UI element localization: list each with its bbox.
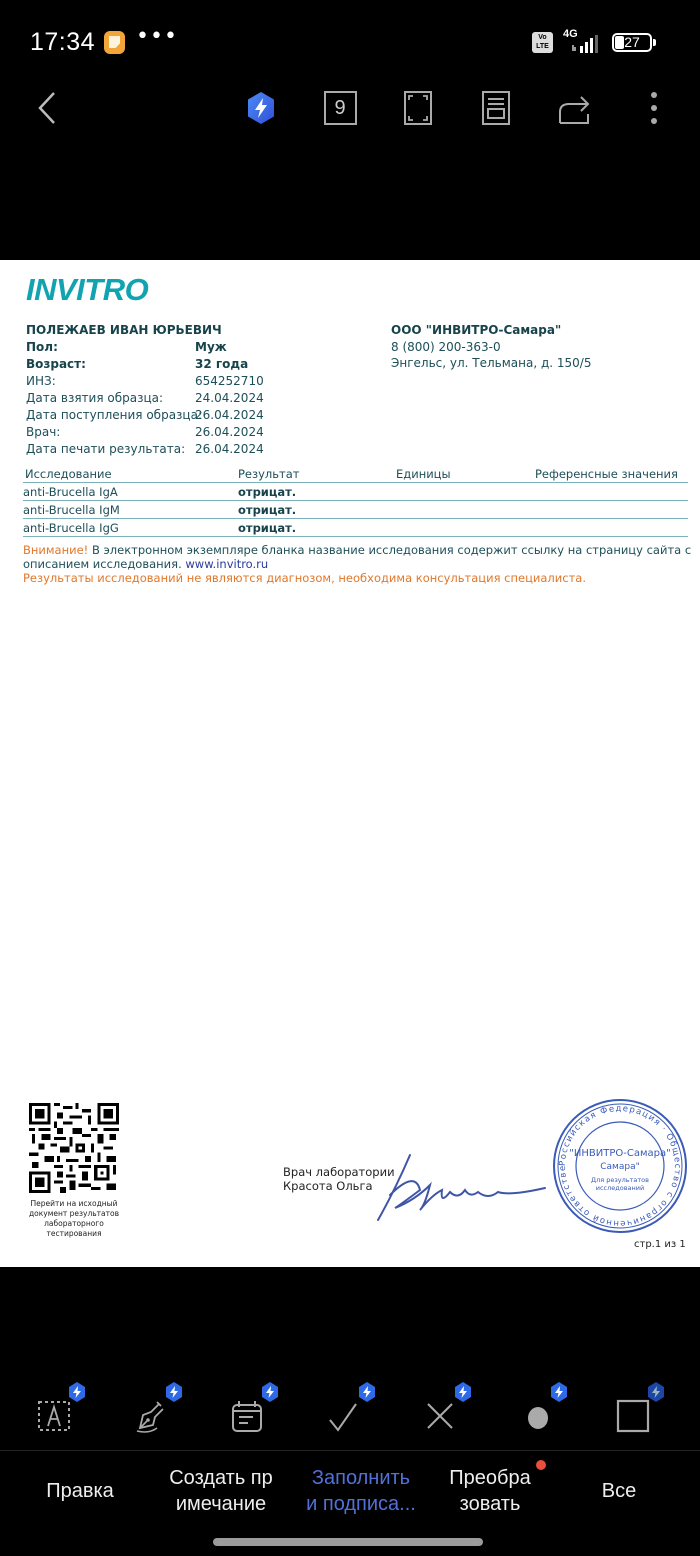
signature-tool[interactable] xyxy=(121,1378,181,1442)
lab-seal-stamp: Российская Федерация · Общество с ограни… xyxy=(552,1098,688,1234)
field-value: 26.04.2024 xyxy=(195,407,264,424)
disclaimer: Результаты исследований не являются диаг… xyxy=(23,571,693,585)
invitro-logo: INVITRO xyxy=(26,272,148,308)
text-box-icon xyxy=(36,1398,72,1434)
test-name-link[interactable]: anti-Brucella IgA xyxy=(23,483,118,501)
ai-badge-icon xyxy=(358,1382,376,1402)
ai-assistant-button[interactable] xyxy=(243,80,279,136)
back-icon xyxy=(37,91,57,125)
status-bar: 17:34 ••• VoLTE 4G 27 xyxy=(0,0,700,85)
viewer-toolbar: 9 xyxy=(0,80,700,136)
back-button[interactable] xyxy=(30,80,64,136)
test-name-link[interactable]: anti-Brucella IgM xyxy=(23,501,120,519)
warning-text: В электронном экземпляре бланка название… xyxy=(23,543,691,571)
table-header: Исследование Результат Единицы Референсн… xyxy=(23,465,688,483)
battery-level: 27 xyxy=(624,34,640,50)
toolbar-divider xyxy=(0,1450,700,1451)
ai-badge-icon xyxy=(165,1382,183,1402)
calendar-icon xyxy=(229,1398,265,1434)
dot-tool[interactable] xyxy=(506,1378,566,1442)
results-table: Исследование Результат Единицы Референсн… xyxy=(23,465,688,537)
field-value: 24.04.2024 xyxy=(195,390,264,407)
share-button[interactable] xyxy=(555,80,595,136)
pen-nib-icon xyxy=(133,1398,169,1434)
test-result: отрицат. xyxy=(238,483,296,501)
svg-text:исследований: исследований xyxy=(596,1184,645,1192)
field-label: Врач: xyxy=(26,424,60,441)
rectangle-icon xyxy=(615,1398,651,1434)
qr-code[interactable] xyxy=(29,1103,119,1193)
table-row: anti-Brucella IgM отрицат. xyxy=(23,501,688,519)
lab-phone: 8 (800) 200-363-0 xyxy=(391,339,591,356)
reader-mode-button[interactable] xyxy=(478,80,514,136)
ai-badge-icon xyxy=(550,1382,568,1402)
column-header: Исследование xyxy=(25,465,112,483)
notification-dot xyxy=(536,1460,546,1470)
cross-tool[interactable] xyxy=(410,1378,470,1442)
field-value: 26.04.2024 xyxy=(195,424,264,441)
patient-name: ПОЛЕЖАЕВ ИВАН ЮРЬЕВИЧ xyxy=(26,322,222,339)
reader-mode-icon xyxy=(481,90,511,126)
document-page[interactable]: INVITRO ПОЛЕЖАЕВ ИВАН ЮРЬЕВИЧ Пол:Муж Во… xyxy=(0,260,700,1267)
test-name-link[interactable]: anti-Brucella IgG xyxy=(23,519,119,537)
more-notifications-indicator: ••• xyxy=(136,24,178,49)
notes: Внимание! В электронном экземпляре бланк… xyxy=(23,543,693,585)
lab-info: ООО "ИНВИТРО-Самара" 8 (800) 200-363-0 Э… xyxy=(391,322,591,372)
field-value: Муж xyxy=(195,339,227,356)
ai-badge-icon xyxy=(647,1382,665,1402)
signal-strength-icon xyxy=(572,35,602,53)
table-row: anti-Brucella IgA отрицат. xyxy=(23,483,688,501)
tab-edit[interactable]: Правка xyxy=(30,1460,130,1522)
field-value: 26.04.2024 xyxy=(195,441,264,458)
field-label: Дата печати результата: xyxy=(26,441,185,458)
lab-name: ООО "ИНВИТРО-Самара" xyxy=(391,322,591,339)
column-header: Результат xyxy=(238,465,300,483)
tab-convert[interactable]: Преобра зовать xyxy=(440,1460,540,1522)
dot-icon xyxy=(518,1398,554,1434)
ai-badge-icon xyxy=(454,1382,472,1402)
annotation-toolbar xyxy=(0,1378,700,1442)
field-label: ИНЗ: xyxy=(26,373,56,390)
column-header: Референсные значения xyxy=(535,465,678,483)
tab-all[interactable]: Все xyxy=(580,1460,658,1522)
field-label: Возраст: xyxy=(26,356,86,373)
page-number: стр.1 из 1 xyxy=(634,1239,686,1250)
bottom-tab-bar: Правка Создать пр имечание Заполнить и п… xyxy=(0,1460,700,1530)
more-icon xyxy=(649,90,659,126)
ai-badge-icon xyxy=(261,1382,279,1402)
svg-text:Самара": Самара" xyxy=(600,1162,639,1172)
page-count-button[interactable]: 9 xyxy=(320,80,360,136)
checkmark-icon xyxy=(326,1398,362,1434)
test-result: отрицат. xyxy=(238,519,296,537)
table-row: anti-Brucella IgG отрицат. xyxy=(23,519,688,537)
text-box-tool[interactable] xyxy=(24,1378,84,1442)
warning-label: Внимание! xyxy=(23,543,88,557)
fullscreen-icon xyxy=(403,90,433,126)
fullscreen-button[interactable] xyxy=(400,80,436,136)
battery-indicator: 27 xyxy=(612,33,652,52)
tab-fill-and-sign[interactable]: Заполнить и подписа... xyxy=(298,1460,424,1522)
field-label: Пол: xyxy=(26,339,58,356)
ai-assistant-icon xyxy=(246,91,276,125)
qr-caption: Перейти на исходный документ результатов… xyxy=(18,1199,130,1239)
date-tool[interactable] xyxy=(217,1378,277,1442)
home-indicator[interactable] xyxy=(213,1538,483,1546)
lab-address: Энгельс, ул. Тельмана, д. 150/5 xyxy=(391,355,591,372)
field-label: Дата взятия образца: xyxy=(26,390,163,407)
cross-icon xyxy=(422,1398,458,1434)
website-link[interactable]: www.invitro.ru xyxy=(185,557,268,571)
more-options-button[interactable] xyxy=(640,80,668,136)
stamp-title: "ИНВИТРО-Самара" xyxy=(569,1148,670,1159)
test-result: отрицат. xyxy=(238,501,296,519)
check-tool[interactable] xyxy=(314,1378,374,1442)
volte-icon: VoLTE xyxy=(532,32,553,53)
field-label: Дата поступления образца: xyxy=(26,407,202,424)
rectangle-tool[interactable] xyxy=(603,1378,663,1442)
tab-create-note[interactable]: Создать пр имечание xyxy=(160,1460,282,1522)
notes-app-notification-icon xyxy=(104,31,125,54)
field-value: 32 года xyxy=(195,356,248,373)
share-icon xyxy=(557,90,593,126)
svg-text:Для результатов: Для результатов xyxy=(591,1176,649,1184)
field-value: 654252710 xyxy=(195,373,264,390)
clock: 17:34 xyxy=(30,28,95,57)
page-count-icon: 9 xyxy=(324,91,357,125)
column-header: Единицы xyxy=(396,465,451,483)
handwritten-signature xyxy=(370,1150,550,1225)
ai-badge-icon xyxy=(68,1382,86,1402)
